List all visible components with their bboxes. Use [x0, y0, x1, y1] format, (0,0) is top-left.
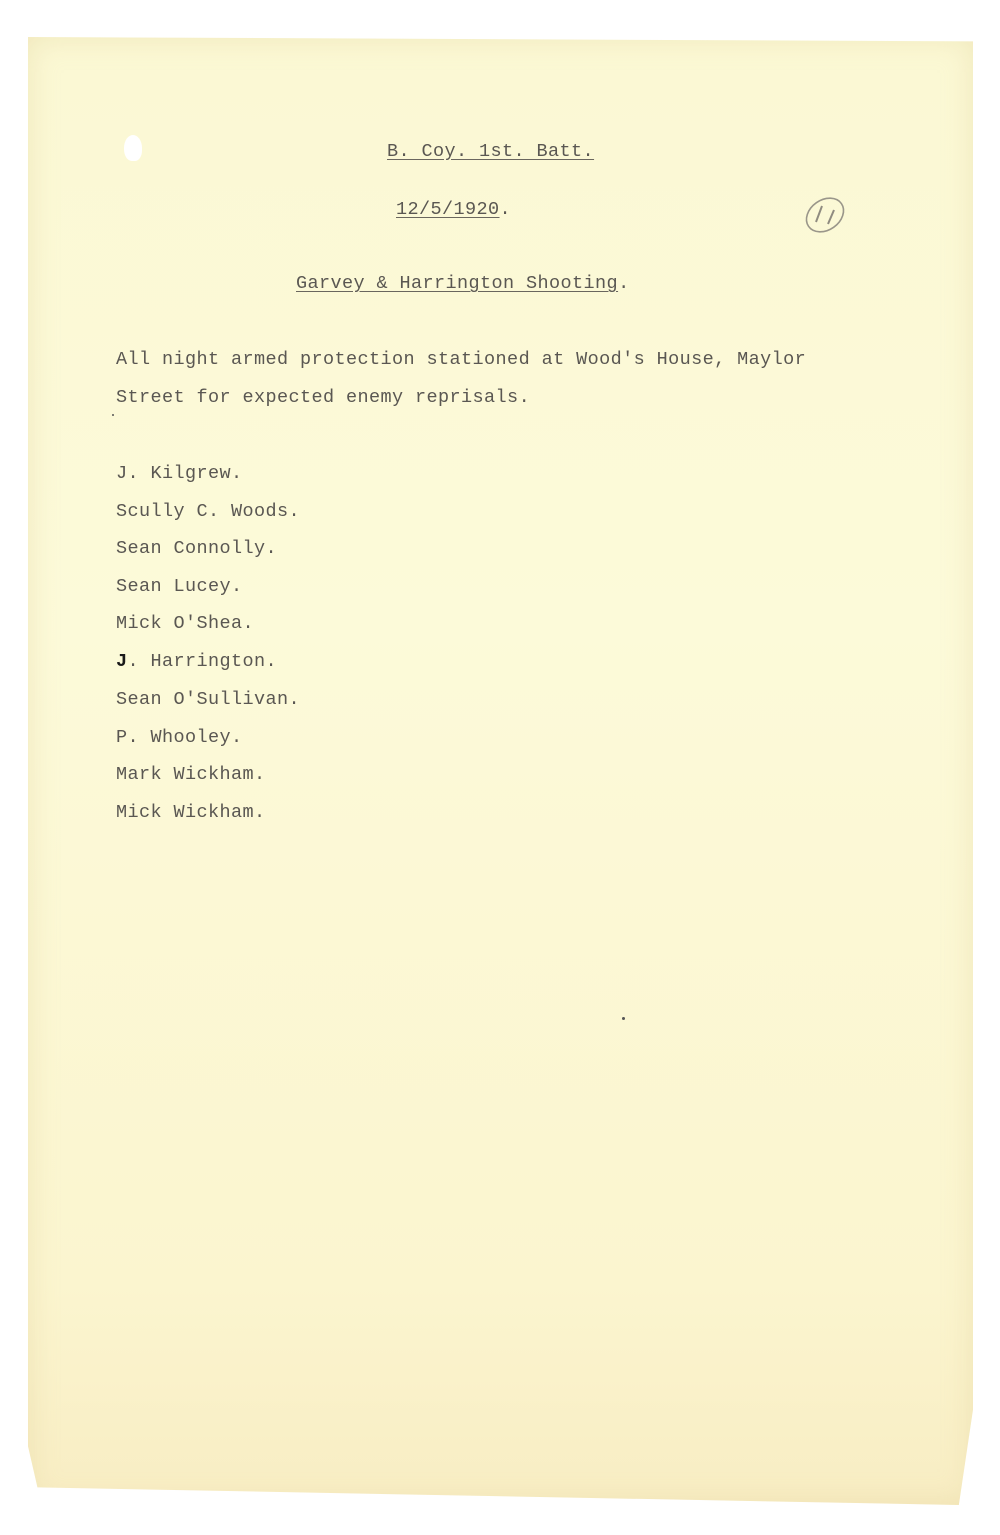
paper-speck	[112, 414, 114, 416]
name-entry: P. Whooley.	[116, 729, 243, 748]
date-suffix: .	[500, 199, 512, 220]
name-entry: J. Kilgrew.	[116, 465, 243, 484]
name-entry: Scully C. Woods.	[116, 503, 300, 522]
name-entry: Mark Wickham.	[116, 766, 266, 785]
title-text: Garvey & Harrington Shooting	[296, 273, 618, 294]
pencil-folio-annotation	[800, 192, 850, 238]
name-entry: Sean Lucey.	[116, 578, 243, 597]
name-entry: Sean O'Sullivan.	[116, 691, 300, 710]
paper-speck	[622, 1017, 625, 1020]
name-entry: Mick Wickham.	[116, 804, 266, 823]
name-entry: Sean Connolly.	[116, 540, 277, 559]
name-entry: Mick O'Shea.	[116, 615, 254, 634]
title-heading: Garvey & Harrington Shooting.	[296, 275, 630, 294]
name-rest: . Harrington.	[128, 651, 278, 672]
date-heading: 12/5/1920.	[396, 201, 511, 220]
body-line-1: All night armed protection stationed at …	[116, 351, 806, 370]
title-suffix: .	[618, 273, 630, 294]
name-entry: J. Harrington.	[116, 653, 277, 672]
unit-heading: B. Coy. 1st. Batt.	[364, 124, 594, 161]
body-line-2: Street for expected enemy reprisals.	[116, 389, 530, 408]
date-text: 12/5/1920	[396, 199, 500, 220]
punch-hole	[124, 135, 142, 161]
unit-heading-text: B. Coy. 1st. Batt.	[387, 141, 594, 162]
inked-initial: J	[116, 651, 128, 672]
